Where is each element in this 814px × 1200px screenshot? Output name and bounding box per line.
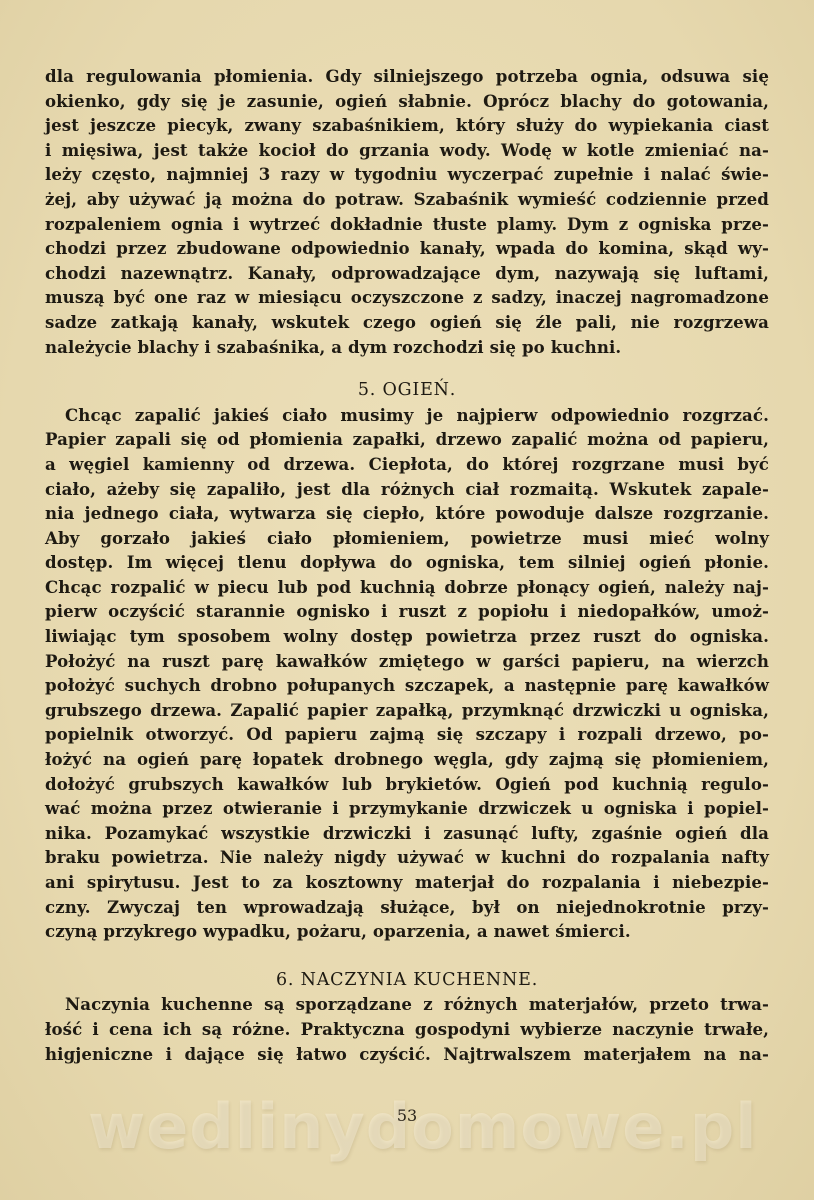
text-line: dostęp. Im więcej tlenu dopływa do ognis… — [45, 550, 769, 575]
text-line: łość i cena ich są różne. Praktyczna gos… — [45, 1017, 769, 1042]
text-line: ciało, ażeby się zapaliło, jest dla różn… — [45, 477, 769, 502]
watermark: wedlinydomowe.pl — [88, 1090, 728, 1163]
text-line: Położyć na ruszt parę kawałków zmiętego … — [45, 649, 769, 674]
text-line: łożyć na ogień parę łopatek drobnego węg… — [45, 747, 769, 772]
text-line: czyną przykrego wypadku, pożaru, oparzen… — [45, 919, 769, 944]
text-line: wać można przez otwieranie i przymykanie… — [45, 796, 769, 821]
text-line: popielnik otworzyć. Od papieru zajmą się… — [45, 722, 769, 747]
text-line: Aby gorzało jakieś ciało płomieniem, pow… — [45, 526, 769, 551]
text-line: sadze zatkają kanały, wskutek czego ogie… — [45, 310, 769, 335]
section-6: 6. NACZYNIA KUCHENNE. Naczynia kuchenne … — [45, 968, 769, 1066]
text-line: nia jednego ciała, wytwarza się ciepło, … — [45, 501, 769, 526]
section-heading: 6. NACZYNIA KUCHENNE. — [45, 968, 769, 993]
text-line: dla regulowania płomienia. Gdy silniejsz… — [45, 64, 769, 89]
spacer — [45, 359, 769, 378]
text-line: położyć suchych drobno połupanych szczap… — [45, 673, 769, 698]
text-line: dołożyć grubszych kawałków lub brykietów… — [45, 772, 769, 797]
text-line: leży często, najmniej 3 razy w tygodniu … — [45, 162, 769, 187]
text-line: okienko, gdy się je zasunie, ogień słabn… — [45, 89, 769, 114]
text-line: jest jeszcze piecyk, zwany szabaśnikiem,… — [45, 113, 769, 138]
text-line: czny. Zwyczaj ten wprowadzają służące, b… — [45, 895, 769, 920]
page-body: dla regulowania płomienia. Gdy silniejsz… — [45, 64, 769, 1066]
text-line: chodzi nazewnątrz. Kanały, odprowadzając… — [45, 261, 769, 286]
text-line: nika. Pozamykać wszystkie drzwiczki i za… — [45, 821, 769, 846]
text-line: grubszego drzewa. Zapalić papier zapałką… — [45, 698, 769, 723]
page-number: 53 — [0, 1106, 814, 1125]
text-line: i mięsiwa, jest także kocioł do grzania … — [45, 138, 769, 163]
text-line: należycie blachy i szabaśnika, a dym roz… — [45, 335, 769, 360]
text-line: chodzi przez zbudowane odpowiednio kanał… — [45, 236, 769, 261]
text-line: Chcąc zapalić jakieś ciało musimy je naj… — [45, 403, 769, 428]
text-line: braku powietrza. Nie należy nigdy używać… — [45, 845, 769, 870]
text-line: Naczynia kuchenne są sporządzane z różny… — [45, 992, 769, 1017]
spacer — [45, 944, 769, 968]
paragraph-continued: dla regulowania płomienia. Gdy silniejsz… — [45, 64, 769, 359]
section-5: 5. OGIEŃ. Chcąc zapalić jakieś ciało mus… — [45, 378, 769, 944]
text-line: Chcąc rozpalić w piecu lub pod kuchnią d… — [45, 575, 769, 600]
text-line: liwiając tym sposobem wolny dostęp powie… — [45, 624, 769, 649]
text-line: pierw oczyścić starannie ognisko i ruszt… — [45, 599, 769, 624]
text-line: ani spirytusu. Jest to za kosztowny mate… — [45, 870, 769, 895]
text-line: higjeniczne i dające się łatwo czyścić. … — [45, 1042, 769, 1067]
text-line: żej, aby używać ją można do potraw. Szab… — [45, 187, 769, 212]
text-line: rozpaleniem ognia i wytrzeć dokładnie tł… — [45, 212, 769, 237]
section-heading: 5. OGIEŃ. — [45, 378, 769, 403]
text-line: Papier zapali się od płomienia zapałki, … — [45, 427, 769, 452]
text-line: a węgiel kamienny od drzewa. Ciepłota, d… — [45, 452, 769, 477]
text-line: muszą być one raz w miesiącu oczyszczone… — [45, 285, 769, 310]
